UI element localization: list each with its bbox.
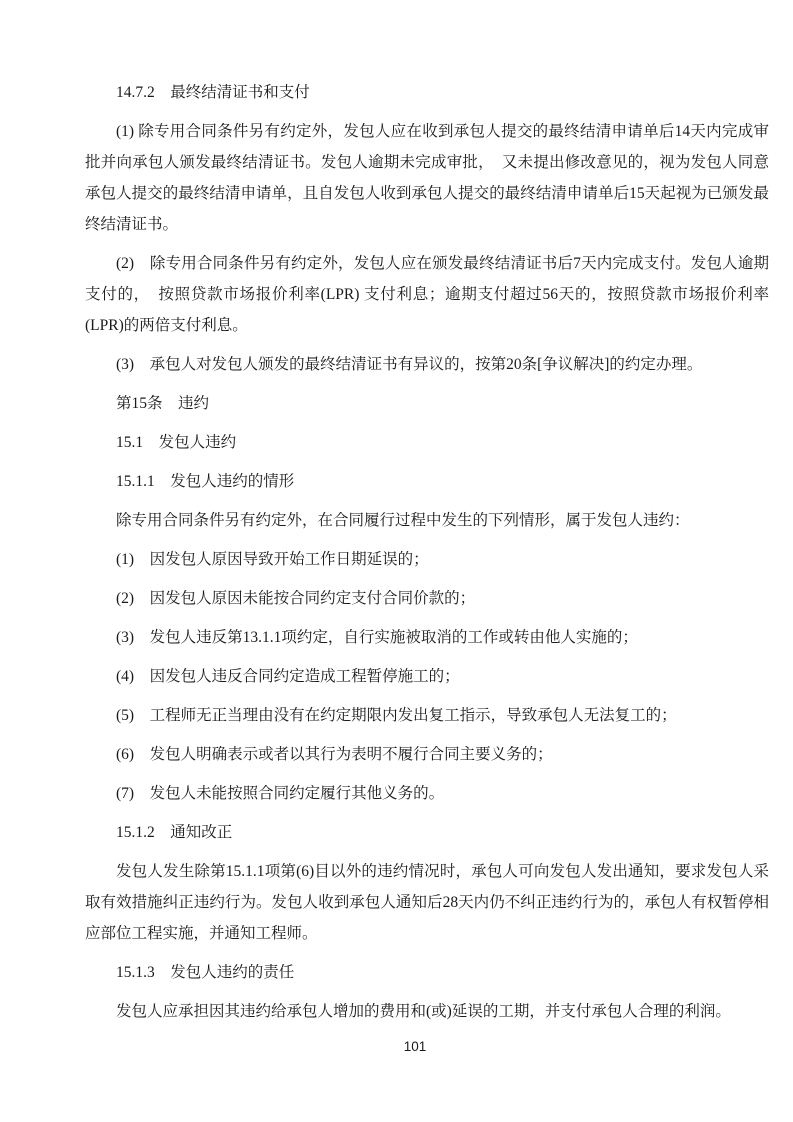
paragraph: 除专用合同条件另有约定外，在合同履行过程中发生的下列情形，属于发包人违约： [85,505,769,536]
section-heading: 15.1.2 通知改正 [85,817,769,848]
page-number: 101 [404,1039,427,1054]
section-heading: 第15条 违约 [85,388,769,419]
section-heading: 15.1.3 发包人违约的责任 [85,957,769,988]
paragraph: (6) 发包人明确表示或者以其行为表明不履行合同主要义务的； [85,739,769,770]
document-page: 14.7.2 最终结清证书和支付(1) 除专用合同条件另有约定外，发包人应在收到… [0,0,793,1122]
document-content: 14.7.2 最终结清证书和支付(1) 除专用合同条件另有约定外，发包人应在收到… [85,77,769,1035]
paragraph: (2) 除专用合同条件另有约定外，发包人应在颁发最终结清证书后7天内完成支付。发… [85,248,769,341]
paragraph: (3) 承包人对发包人颁发的最终结清证书有异议的，按第20条[争议解决]的约定办… [85,349,769,380]
paragraph: (2) 因发包人原因未能按合同约定支付合同价款的； [85,583,769,614]
paragraph: (7) 发包人未能按照合同约定履行其他义务的。 [85,778,769,809]
paragraph: (1) 除专用合同条件另有约定外，发包人应在收到承包人提交的最终结清申请单后14… [85,116,769,240]
paragraph: (1) 因发包人原因导致开始工作日期延误的； [85,544,769,575]
section-heading: 15.1 发包人违约 [85,427,769,458]
section-heading: 14.7.2 最终结清证书和支付 [85,77,769,108]
section-heading: 15.1.1 发包人违约的情形 [85,466,769,497]
paragraph: (5) 工程师无正当理由没有在约定期限内发出复工指示，导致承包人无法复工的； [85,700,769,731]
paragraph: 发包人应承担因其违约给承包人增加的费用和(或)延误的工期，并支付承包人合理的利润… [85,996,769,1027]
page-footer: 101 [63,1037,767,1057]
paragraph: (3) 发包人违反第13.1.1项约定，自行实施被取消的工作或转由他人实施的； [85,622,769,653]
paragraph: 发包人发生除第15.1.1项第(6)目以外的违约情况时，承包人可向发包人发出通知… [85,856,769,949]
paragraph: (4) 因发包人违反合同约定造成工程暂停施工的； [85,661,769,692]
